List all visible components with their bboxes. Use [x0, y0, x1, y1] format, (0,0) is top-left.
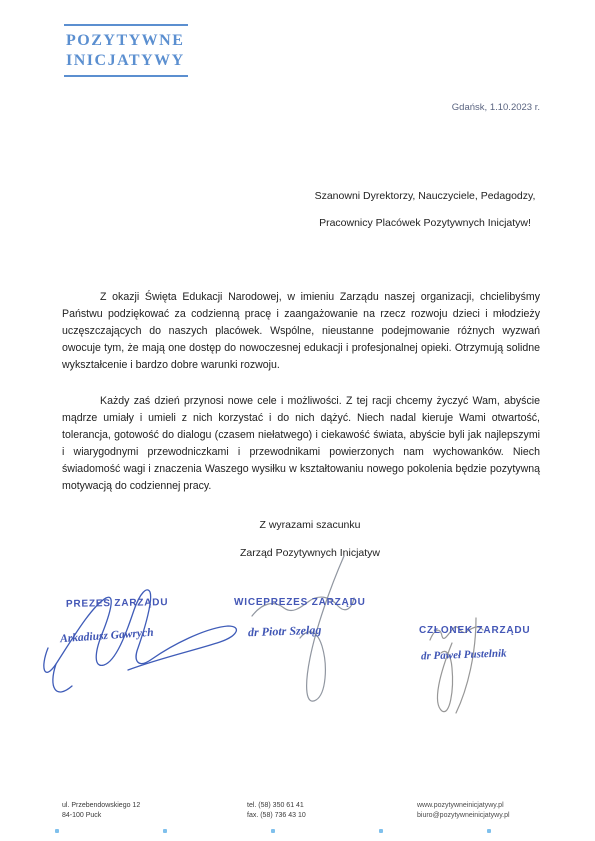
- signature-title-wiceprezes: WICEPREZES ZARZĄDU: [234, 597, 366, 608]
- paragraph-1: Z okazji Święta Edukacji Narodowej, w im…: [62, 289, 540, 374]
- dot-icon: [163, 829, 167, 833]
- signature-title-czlonek: CZŁONEK ZARZĄDU: [419, 625, 530, 636]
- dot-icon: [55, 829, 59, 833]
- footer-email: biuro@pozytywneinicjatywy.pl: [417, 811, 510, 821]
- dot-icon: [271, 829, 275, 833]
- footer-address: ul. Przebendowskiego 12 84-100 Puck: [62, 801, 140, 820]
- closing: Z wyrazami szacunku Zarząd Pozytywnych I…: [160, 511, 460, 567]
- org-logo-line2: INICJATYWY: [66, 51, 186, 71]
- footer-address-line2: 84-100 Puck: [62, 811, 140, 821]
- signature-name-wiceprezes: dr Piotr Szeląg: [248, 623, 322, 641]
- date-line: Gdańsk, 1.10.2023 r.: [452, 102, 540, 113]
- salutation-line1: Szanowni Dyrektorzy, Nauczyciele, Pedago…: [290, 183, 560, 210]
- dot-icon: [379, 829, 383, 833]
- footer-phone-line1: tel. (58) 350 61 41: [247, 801, 306, 811]
- paragraph-2: Każdy zaś dzień przynosi nowe cele i moż…: [62, 393, 540, 495]
- signature-title-prezes: PREZES ZARZĄDU: [66, 597, 169, 610]
- letter-body: Z okazji Święta Edukacji Narodowej, w im…: [62, 289, 540, 514]
- dot-icon: [487, 829, 491, 833]
- footer-fax-line: fax. (58) 736 43 10: [247, 811, 306, 821]
- salutation: Szanowni Dyrektorzy, Nauczyciele, Pedago…: [290, 183, 560, 237]
- footer-phone: tel. (58) 350 61 41 fax. (58) 736 43 10: [247, 801, 306, 820]
- signature-name-czlonek: dr Paweł Pustelnik: [421, 648, 507, 663]
- signature-name-prezes: Arkadiusz Gawrych: [60, 627, 154, 646]
- letter-page: POZYTYWNE INICJATYWY Gdańsk, 1.10.2023 r…: [0, 0, 595, 841]
- footer-website: www.pozytywneinicjatywy.pl: [417, 801, 510, 811]
- salutation-line2: Pracownicy Placówek Pozytywnych Inicjaty…: [290, 210, 560, 237]
- footer-web: www.pozytywneinicjatywy.pl biuro@pozytyw…: [417, 801, 510, 820]
- org-logo: POZYTYWNE INICJATYWY: [64, 24, 188, 77]
- closing-line1: Z wyrazami szacunku: [160, 511, 460, 539]
- footer-dots-decoration: [0, 829, 595, 835]
- footer-address-line1: ul. Przebendowskiego 12: [62, 801, 140, 811]
- org-logo-line1: POZYTYWNE: [66, 31, 186, 51]
- closing-line2: Zarząd Pozytywnych Inicjatyw: [160, 539, 460, 567]
